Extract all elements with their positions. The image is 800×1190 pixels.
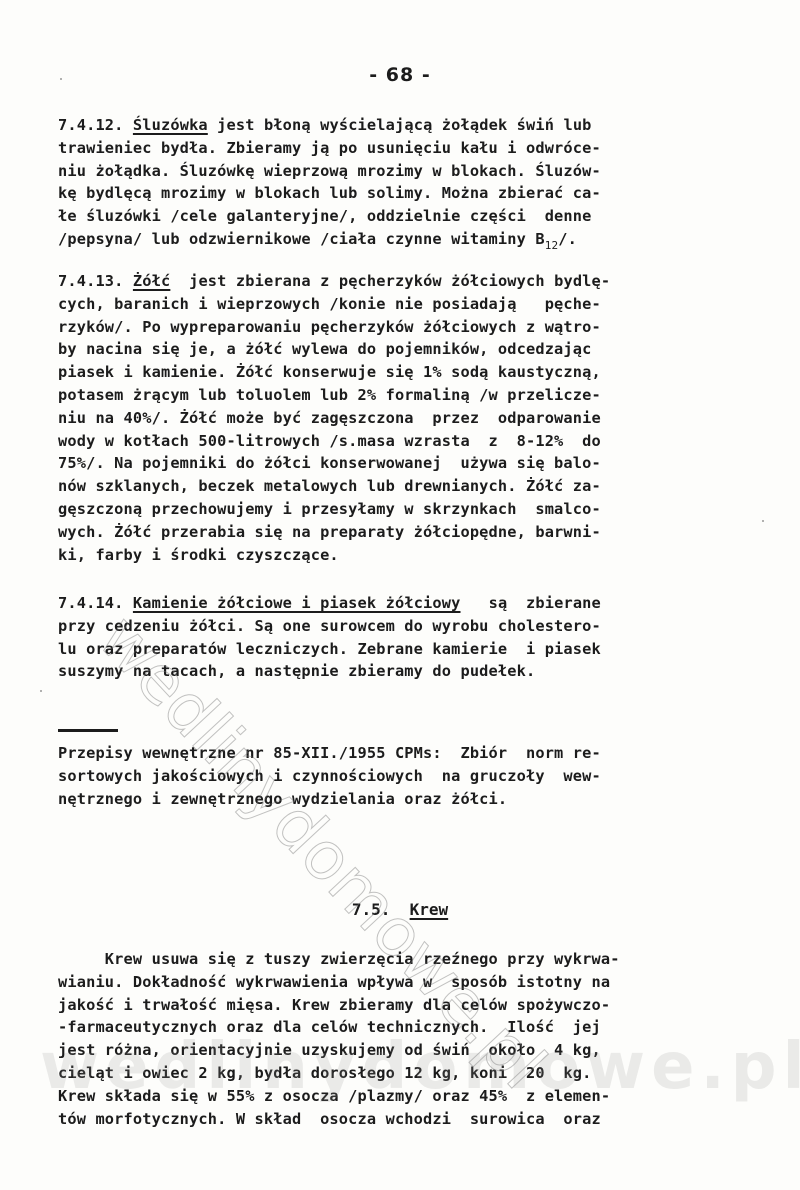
text-line: -farmaceutycznych oraz dla celów technic… xyxy=(58,1018,601,1036)
text-line: cych, baranich i wieprzowych /konie nie … xyxy=(58,295,601,313)
text-line-tail: /. xyxy=(558,230,577,248)
text-line: kę bydlęcą mrozimy w blokach lub solimy.… xyxy=(58,184,601,202)
text-line: Krew usuwa się z tuszy zwierzęcia rzeźne… xyxy=(58,950,620,968)
text-line: niu żołądka. Śluzówkę wieprzową mrozimy … xyxy=(58,162,601,180)
text-line: wych. Żółć przerabia się na preparaty żó… xyxy=(58,523,601,541)
text-line: /pepsyna/ lub odzwiernikowe /ciała czynn… xyxy=(58,230,545,248)
section-7-4-12: 7.4.12. Śluzówka jest błoną wyścielającą… xyxy=(58,114,748,258)
section-7-4-13: 7.4.13. Żółć jest zbierana z pęcherzyków… xyxy=(58,270,748,566)
text-line: łe śluzówki /cele galanteryjne/, oddziel… xyxy=(58,207,592,225)
section-7-4-14: 7.4.14. Kamienie żółciowe i piasek żółci… xyxy=(58,592,748,683)
text-line: wianiu. Dokładność wykrwawienia wpływa w… xyxy=(58,973,610,991)
subscript: 12 xyxy=(545,239,559,252)
chapter-body: Krew usuwa się z tuszy zwierzęcia rzeźne… xyxy=(58,948,748,1130)
text-line: piasek i kamienie. Żółć konserwuje się 1… xyxy=(58,363,601,381)
text-line: ki, farby i środki czyszczące. xyxy=(58,546,339,564)
text-line: lu oraz preparatów leczniczych. Zebrane … xyxy=(58,640,601,658)
text-line: potasem żrącym lub toluolem lub 2% forma… xyxy=(58,386,601,404)
footnote: Przepisy wewnętrzne nr 85-XII./1955 CPMs… xyxy=(58,742,748,810)
text-line: jest błoną wyścielającą żołądek świń lub xyxy=(208,116,592,134)
text-line: niu na 40%/. Żółć może być zagęszczona p… xyxy=(58,409,601,427)
section-number: 7.4.12. xyxy=(58,116,124,134)
scan-speck xyxy=(762,520,764,522)
text-line: rzyków/. Po wypreparowaniu pęcherzyków ż… xyxy=(58,318,601,336)
text-line: są zbierane xyxy=(461,594,601,612)
text-line: by nacina się je, a żółć wylewa do pojem… xyxy=(58,340,592,358)
text-line: gęszczoną przechowujemy i przesyłamy w s… xyxy=(58,500,601,518)
text-line: cieląt i owiec 2 kg, bydła dorosłego 12 … xyxy=(58,1064,592,1082)
section-title: Śluzówka xyxy=(133,116,208,134)
text-line: sortowych jakościowych i czynnościowych … xyxy=(58,767,601,785)
page-number: - 68 - xyxy=(0,64,800,86)
chapter-heading: 7.5. Krew xyxy=(0,900,800,919)
chapter-number: 7.5. xyxy=(352,900,391,919)
text-line: jest różna, orientacyjnie uzyskujemy od … xyxy=(58,1041,601,1059)
text-line: jakość i trwałość mięsa. Krew zbieramy d… xyxy=(58,996,610,1014)
footnote-rule xyxy=(58,729,118,732)
text-line: nów szklanych, beczek metalowych lub dre… xyxy=(58,477,601,495)
text-line: przy cedzeniu żółci. Są one surowcem do … xyxy=(58,617,601,635)
text-line: jest zbierana z pęcherzyków żółciowych b… xyxy=(170,272,610,290)
text-line: suszymy na tacach, a następnie zbieramy … xyxy=(58,662,535,680)
text-line: Przepisy wewnętrzne nr 85-XII./1955 CPMs… xyxy=(58,744,601,762)
text-line: tów morfotycznych. W skład osocza wchodz… xyxy=(58,1110,601,1128)
chapter-title: Krew xyxy=(410,900,449,919)
section-number: 7.4.13. xyxy=(58,272,124,290)
text-line: wody w kotłach 500-litrowych /s.masa wzr… xyxy=(58,432,601,450)
section-title: Żółć xyxy=(133,272,170,290)
section-title: Kamienie żółciowe i piasek żółciowy xyxy=(133,594,461,612)
section-number: 7.4.14. xyxy=(58,594,124,612)
text-line: Krew składa się w 55% z osocza /plazmy/ … xyxy=(58,1087,610,1105)
scan-speck xyxy=(60,78,62,80)
text-line: nętrznego i zewnętrznego wydzielania ora… xyxy=(58,790,507,808)
text-line: trawieniec bydła. Zbieramy ją po usunięc… xyxy=(58,139,601,157)
scan-speck xyxy=(40,690,42,692)
text-line: 75%/. Na pojemniki do żółci konserwowane… xyxy=(58,454,601,472)
